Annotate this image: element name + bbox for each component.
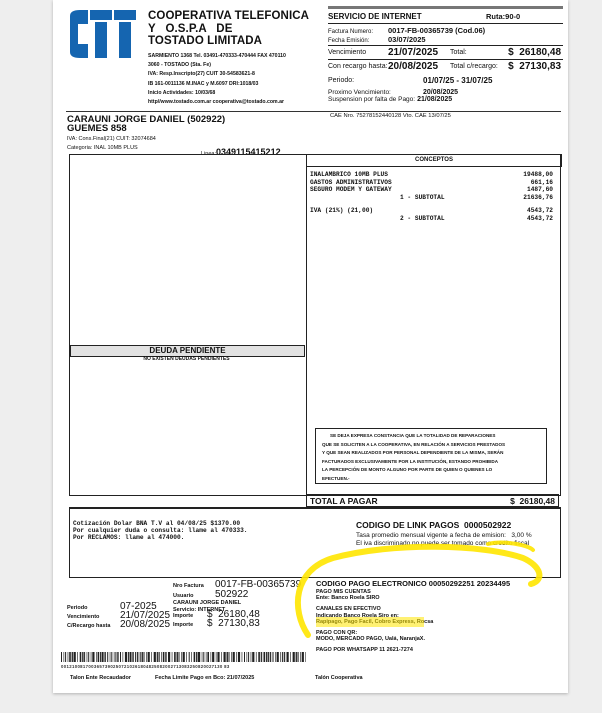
- total-to-pay: TOTAL A PAGAR $ 26180,48: [306, 494, 559, 507]
- stub-info: Nro Factura0017-FB-00365739 Usuario50292…: [173, 579, 301, 606]
- concept-row: SEGURO MODEM Y GATEWAY1487,60: [310, 186, 553, 194]
- footer-collector-stub: Talon Ente Recaudador: [70, 675, 131, 681]
- cae-number: CAE Nro. 75278152440128 Vto. CAE 13/07/2…: [330, 113, 451, 119]
- customer-block: CARAUNI JORGE DANIEL (502922) GUEMES 858…: [67, 115, 225, 142]
- footer-coop-stub: Talón Cooperativa: [315, 675, 363, 681]
- stub-user: 502922: [215, 589, 248, 600]
- electronic-payment-code: CODIGO PAGO ELECTRONICO 00050292251 2023…: [316, 579, 510, 588]
- concept-row: GASTOS ADMINISTRATIVOS661,16: [310, 179, 553, 187]
- surcharge-date: 20/08/2025: [388, 61, 450, 72]
- debt-message: NO EXISTEN DEUDAS PENDIENTES: [70, 356, 303, 362]
- stub-customer-name: CARAUNI JORGE DANIEL: [173, 600, 301, 606]
- iva-note: El iva discriminado no puede ser tomado …: [356, 540, 529, 547]
- invoice-header: SERVICIO DE INTERNET Ruta:90-0 Factura N…: [328, 6, 563, 103]
- customer-address: GUEMES 858: [67, 124, 225, 133]
- payment-methods: PAGO MIS CUENTAS Ente: Banco Roela SIRO …: [316, 589, 433, 654]
- ctt-logo-icon: [66, 10, 138, 58]
- suspension-date: 21/08/2025: [417, 96, 452, 103]
- stub-amounts: Importe$ 26180,48 Importe$ 27130,83: [173, 611, 260, 629]
- concepts-list: INALAMBRICO 10MB PLUS19488,00 GASTOS ADM…: [310, 171, 553, 223]
- customer-category: Categoria: INAL 10MB PLUS: [67, 145, 138, 151]
- service-type: SERVICIO DE INTERNET: [328, 12, 422, 21]
- link-pagos-code: CODIGO DE LINK PAGOS 0000502922: [356, 520, 511, 530]
- barcode: [61, 652, 306, 662]
- subtotal-row: 2 - SUBTOTAL4543,72: [310, 215, 553, 223]
- total-to-pay-amount: $ 26180,48: [510, 496, 555, 506]
- surcharge-total: $ 27130,83: [508, 61, 561, 72]
- interest-rate: Tasa promedio mensual vigente a fecha de…: [356, 532, 532, 539]
- company-name: COOPERATIVA TELEFONICA Y O.S.P.A DE TOST…: [148, 10, 309, 48]
- footer-payment-deadline: Fecha Limite Pago en Bco: 21/07/2025: [155, 675, 254, 681]
- concept-row: INALAMBRICO 10MB PLUS19488,00: [310, 171, 553, 179]
- messages: Cotización Dolar BNA T.V al 04/08/25 $13…: [73, 520, 248, 541]
- stub-dates: Periodo07-2025 Vencimiento21/07/2025 C/R…: [67, 603, 170, 630]
- period: 01/07/25 - 31/07/25: [423, 76, 492, 85]
- barcode-digits: 0012100817003657390250721026180482508200…: [61, 664, 230, 669]
- due-date: 21/07/2025: [388, 47, 450, 58]
- route: Ruta:90-0: [486, 12, 520, 21]
- invoice-number: 0017-FB-00365739 (Cod.06): [388, 26, 485, 35]
- repairs-notice: SE DEJA EXPRESA CONSTANCIA QUE LA TOTALI…: [315, 428, 547, 484]
- subtotal-row: 1 - SUBTOTAL21636,76: [310, 194, 553, 202]
- company-info: SARMIENTO 1368 Tel. 03491-470333-470444 …: [148, 52, 286, 107]
- next-due-date: 20/08/2025: [423, 89, 458, 96]
- issue-date: 03/07/2025: [388, 35, 426, 44]
- concept-row: IVA (21%) (21,00)4543,72: [310, 207, 553, 215]
- invoice-page: COOPERATIVA TELEFONICA Y O.S.P.A DE TOST…: [53, 0, 568, 693]
- total-amount: $ 26180,48: [508, 47, 561, 58]
